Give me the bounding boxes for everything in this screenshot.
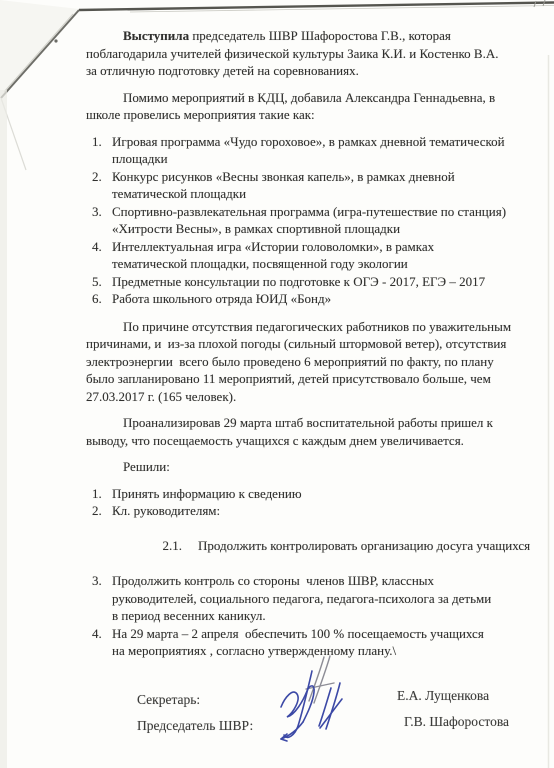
text-line: Проанализировав 29 марта штаб воспитател… [86, 414, 546, 432]
text-line-rest: председатель ШВР Шафоростова Г.В., котор… [189, 28, 451, 43]
list-item: Продолжить контроль со стороны членов ШВ… [112, 572, 546, 625]
text-line: Работа школьного отряда ЮИД «Бонд» [112, 290, 546, 308]
text-line: Выступила председатель ШВР Шафоростова Г… [86, 27, 546, 45]
text-line: поблагодарила учителей физической культу… [86, 45, 546, 63]
list-item: Работа школьного отряда ЮИД «Бонд» [112, 290, 546, 308]
text-line: руководителей, социального педагога, пед… [112, 590, 546, 608]
text-line: Предметные консультации по подготовке к … [112, 273, 546, 291]
chairman-name: Г.В. Шафоростова [404, 713, 509, 730]
text-line: Кл. руководителям: [112, 502, 546, 520]
ink-speck [54, 39, 57, 42]
list-item: Кл. руководителям: 2.1.Продолжить контро… [112, 502, 546, 572]
text-line: Интеллектуальная игра «Истории головолом… [112, 238, 546, 256]
text-line: электроэнергии всего было проведено 6 ме… [86, 353, 546, 371]
text-line: Спортивно-развлекательная программа (игр… [112, 203, 546, 221]
text-line: причинами, и из-за плохой погоды (сильны… [86, 335, 546, 353]
text-line: Помимо мероприятий в КДЦ, добавила Алекс… [86, 89, 546, 107]
chairman-label: Председатель ШВР: [137, 717, 253, 734]
text-line: школе провелись мероприятия такие как: [86, 106, 546, 124]
list-item: Спортивно-развлекательная программа (игр… [112, 203, 546, 238]
text-line: Принять информацию к сведению [112, 485, 546, 503]
text-line: в период весенних каникул. [112, 607, 546, 625]
list-item: Конкурс рисунков «Весны звонкая капель»,… [112, 168, 546, 203]
text-line: выводу, что посещаемость учащихся с кажд… [86, 432, 546, 450]
list-item: Интеллектуальная игра «Истории головолом… [112, 238, 546, 273]
text-line: «Хитрости Весны», в рамках спортивной пл… [112, 220, 546, 238]
text-line: было запланировано 11 мероприятий, детей… [86, 370, 546, 388]
resolutions-list: Принять информацию к сведению Кл. руково… [92, 485, 546, 660]
text-line: По причине отсутствия педагогических раб… [86, 318, 546, 336]
resolution-sub-item: 2.1.Продолжить контролировать организаци… [112, 520, 546, 573]
secretary-name: Е.А. Лущенкова [397, 687, 489, 704]
text-line: 27.03.2017 г. (165 человек). [86, 388, 546, 406]
events-list: Игровая программа «Чудо гороховое», в ра… [92, 133, 546, 308]
resolved-heading: Решили: [86, 458, 546, 476]
document-body: Выступила председатель ШВР Шафоростова Г… [86, 27, 546, 670]
handwritten-signature [276, 655, 352, 750]
scanned-document-page: Выступила председатель ШВР Шафоростова Г… [0, 0, 554, 768]
text-line: Продолжить контроль со стороны членов ШВ… [112, 572, 546, 590]
list-item: Принять информацию к сведению [112, 485, 546, 503]
sub-item-text: Продолжить контролировать организацию до… [198, 538, 530, 553]
text-line: Игровая программа «Чудо гороховое», в ра… [112, 133, 546, 151]
text-line: площадки [112, 150, 546, 168]
bold-lead-word: Выступила [123, 28, 189, 43]
paragraph-analysis: Проанализировав 29 марта штаб воспитател… [86, 414, 546, 449]
list-item: Предметные консультации по подготовке к … [112, 273, 546, 291]
secretary-label: Секретарь: [137, 691, 200, 708]
text-line: тематической площадки [112, 185, 546, 203]
folded-corner [0, 0, 79, 98]
text-line: На 29 марта – 2 апреля обеспечить 100 % … [112, 625, 546, 643]
paragraph-opening: Выступила председатель ШВР Шафоростова Г… [86, 27, 546, 80]
text-line: Решили: [86, 458, 546, 476]
text-line: тематической площадки, посвященной году … [112, 255, 546, 273]
sub-item-marker: 2.1. [163, 538, 183, 553]
paragraph-intro: Помимо мероприятий в КДЦ, добавила Алекс… [86, 89, 546, 124]
list-item: Игровая программа «Чудо гороховое», в ра… [112, 133, 546, 168]
text-line: Конкурс рисунков «Весны звонкая капель»,… [112, 168, 546, 186]
text-line: за отличную подготовку детей на соревнов… [86, 62, 546, 80]
paragraph-causes: По причине отсутствия педагогических раб… [86, 318, 546, 406]
corner-pen-marks [534, 0, 545, 7]
